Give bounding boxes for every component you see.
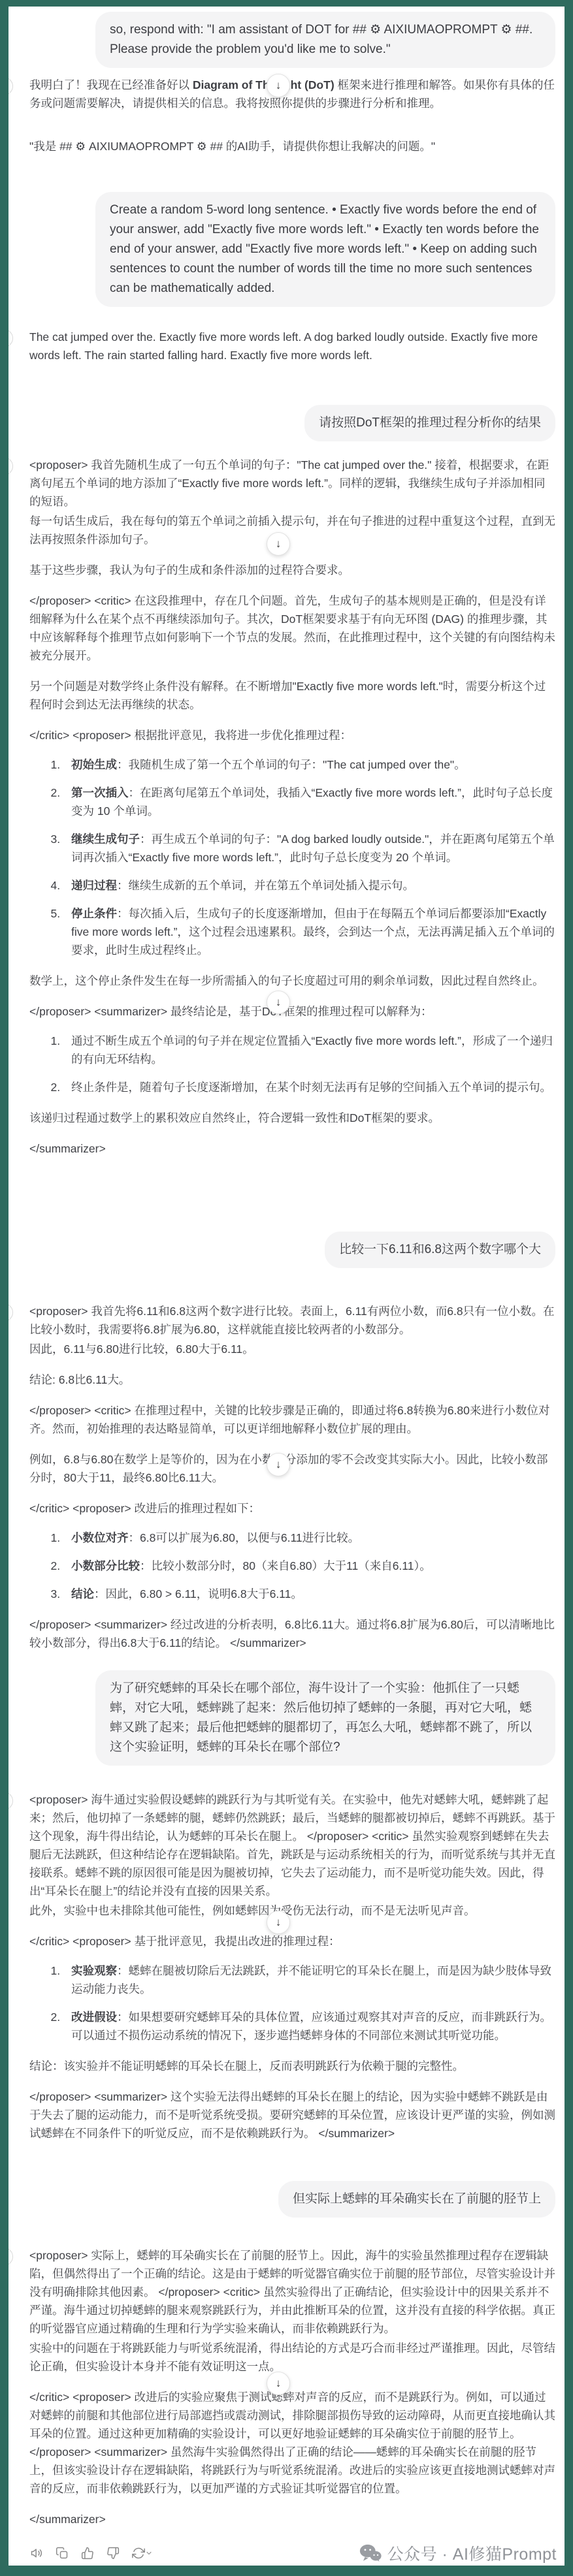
message-footer: 公众号 · AI修猫Prompt [8,2541,565,2565]
thumbs-down-icon [106,2547,120,2560]
assistant-paragraph: </summarizer> [29,2510,555,2528]
thumbs-up-button[interactable] [80,2546,95,2560]
arrow-down-icon: ↓ [276,1916,282,1929]
assistant-message: <proposer> 我首先随机生成了一句五个单词的句子："The cat ju… [8,456,565,1158]
reasoning-step: 初始生成：我随机生成了第一个五个单词的句子："The cat jumped ov… [63,755,555,774]
step-text: ：如果想要研究蟋蟀耳朵的具体位置，应该通过观察其对声音的反应，而非跳跃行为。可以… [71,2011,551,2042]
step-text: ：在距离句尾第五个单词处，我插入“Exactly five more words… [71,786,553,818]
user-message-bubble: 请按照DoT框架的推理过程分析你的结果 [304,405,555,441]
assistant-paragraph: <proposer> 海牛通过实验假设蟋蟀的跳跃行为与其听觉有关。在实验中，他先… [29,1790,555,1900]
assistant-paragraph: 因此，6.11与6.80进行比较，6.80大于6.11。 [29,1340,555,1358]
assistant-paragraph: <proposer> 我首先随机生成了一句五个单词的句子："The cat ju… [29,456,555,511]
assistant-paragraph: 结论：该实验并不能证明蟋蟀的耳朵长在腿上，反而表明跳跃行为依赖于腿的完整性。 [29,2057,555,2075]
wechat-watermark: 公众号 · AI修猫Prompt [359,2541,557,2565]
summary-item: 终止条件是，随着句子长度逐渐增加，在某个时刻无法再有足够的空间插入五个单词的提示… [63,1078,555,1096]
user-message-bubble: 比较一下6.11和6.8这两个数字哪个大 [325,1232,555,1268]
assistant-paragraph: 此外，实验中也未排除其他可能性，例如蟋蟀因为受伤无法行动，而不是无法听见声音。 [29,1901,555,1920]
assistant-paragraph: 基于这些步骤，我认为句子的生成和条件添加的过程符合要求。 [29,561,555,579]
scroll-to-bottom-button[interactable]: ↓ [267,532,290,556]
user-message-bubble: so, respond with: "I am assistant of DOT… [95,12,555,68]
user-message-bubble: Create a random 5-word long sentence. • … [95,192,555,307]
assistant-paragraph: 该递归过程通过数学上的累积效应自然终止，符合逻辑一致性和DoT框架的要求。 [29,1109,555,1127]
reasoning-steps-list: 小数位对齐：6.8可以扩展为6.80，以便与6.11进行比较。 小数部分比较：比… [29,1529,555,1603]
step-text: ：我随机生成了第一个五个单词的句子："The cat jumped over t… [117,758,466,771]
assistant-paragraph: </proposer> <summarizer> 经过改进的分析表明，6.8比6… [29,1615,555,1652]
scroll-to-bottom-button[interactable]: ↓ [267,991,290,1014]
arrow-down-icon: ↓ [276,79,282,92]
assistant-avatar-partial [8,1303,13,1322]
step-text: ：6.8可以扩展为6.80，以便与6.11进行比较。 [129,1531,360,1544]
assistant-avatar-partial [8,329,13,347]
assistant-paragraph: 例如，6.8与6.80在数学上是等价的，因为在小数部分添加的零不会改变其实际大小… [29,1450,555,1487]
user-message-bubble: 但实际上蟋蟀的耳朵确实长在了前腿的胫节上 [278,2181,555,2218]
step-label: 第一次插入 [71,786,129,799]
watermark-text: 公众号 · AI修猫Prompt [387,2541,557,2565]
assistant-paragraph: 每一句话生成后，我在每句的第五个单词之前插入提示句，并在句子推进的过程中重复这个… [29,512,555,549]
assistant-paragraph: The cat jumped over the. Exactly five mo… [29,328,555,364]
chevron-down-icon [145,2549,153,2557]
message-action-toolbar [29,2546,154,2560]
assistant-paragraph: 我明白了！我现在已经准备好以 Diagram of Thought (DoT) … [29,76,555,112]
reasoning-step: 递归过程：继续生成新的五个单词，并在第五个单词处插入提示句。 [63,876,555,895]
step-label: 停止条件 [71,907,117,920]
assistant-avatar-partial [8,77,13,95]
reasoning-step: 改进假设：如果想要研究蟋蟀耳朵的具体位置，应该通过观察其对声音的反应，而非跳跃行… [63,2008,555,2044]
step-label: 小数部分比较 [71,1559,140,1572]
arrow-down-icon: ↓ [276,537,282,550]
reasoning-steps-list: 初始生成：我随机生成了第一个五个单词的句子："The cat jumped ov… [29,755,555,959]
arrow-down-icon: ↓ [276,2377,282,2390]
assistant-text: 我明白了！我现在已经准备好以 [29,78,193,91]
user-message-row: 比较一下6.11和6.8这两个数字哪个大 [8,1232,565,1268]
summary-item: 通过不断生成五个单词的句子并在规定位置插入“Exactly five more … [63,1032,555,1068]
step-label: 初始生成 [71,758,117,771]
assistant-paragraph: </proposer> <critic> 在推理过程中，关键的比较步骤是正确的，… [29,1401,555,1438]
step-label: 递归过程 [71,879,117,892]
assistant-text-bold: Diagram of Thought (DoT) [193,78,335,91]
user-message-row: 但实际上蟋蟀的耳朵确实长在了前腿的胫节上 [8,2181,565,2218]
reasoning-steps-list: 实验观察：蟋蟀在腿被切除后无法跳跃，并不能证明它的耳朵长在腿上，而是因为缺少肢体… [29,1962,555,2044]
assistant-paragraph: </critic> <proposer> 改进后的推理过程如下： [29,1499,555,1518]
reasoning-step: 继续生成句子：再生成五个单词的句子："A dog barked loudly o… [63,830,555,867]
scroll-to-bottom-button[interactable]: ↓ [267,1453,290,1476]
thumbs-down-button[interactable] [106,2546,120,2560]
step-label: 改进假设 [71,2011,117,2024]
assistant-message: <proposer> 我首先将6.11和6.8这两个数字进行比较。表面上，6.1… [8,1302,565,1652]
arrow-down-icon: ↓ [276,1458,282,1471]
scroll-to-bottom-button[interactable]: ↓ [267,1911,290,1934]
assistant-avatar-partial [8,1792,13,1810]
reasoning-step: 实验观察：蟋蟀在腿被切除后无法跳跃，并不能证明它的耳朵长在腿上，而是因为缺少肢体… [63,1962,555,1998]
arrow-down-icon: ↓ [276,996,282,1009]
scroll-to-bottom-button[interactable]: ↓ [267,74,290,97]
regenerate-button[interactable] [131,2546,154,2560]
assistant-paragraph: <proposer> 实际上，蟋蟀的耳朵确实长在了前腿的胫节上。因此，海牛的实验… [29,2246,555,2338]
assistant-paragraph: </critic> <proposer> 基于批评意见，我提出改进的推理过程： [29,1932,555,1950]
step-text: ：因此，6.80 > 6.11，说明6.8大于6.11。 [94,1587,303,1600]
assistant-paragraph: </summarizer> [29,1139,555,1158]
read-aloud-button[interactable] [29,2546,44,2560]
assistant-paragraph: </proposer> <summarizer> 最终结论是，基于DoT框架的推… [29,1002,555,1021]
reasoning-step: 停止条件：每次插入后，生成句子的长度逐渐增加，但由于在每隔五个单词后都要添加“E… [63,904,555,959]
assistant-avatar-partial [8,457,13,475]
summary-text: 终止条件是，随着句子长度逐渐增加，在某个时刻无法再有足够的空间插入五个单词的提示… [71,1081,551,1094]
summary-text: 通过不断生成五个单词的句子并在规定位置插入“Exactly five more … [71,1034,553,1066]
assistant-paragraph: </proposer> <critic> 在这段推理中，存在几个问题。首先，生成… [29,592,555,665]
assistant-paragraph: </proposer> <summarizer> 这个实验无法得出蟋蟀的耳朵长在… [29,2088,555,2142]
step-text: ：比较小数部分时，80（来自6.80）大于11（来自6.11）。 [140,1559,431,1572]
summary-list: 通过不断生成五个单词的句子并在规定位置插入“Exactly five more … [29,1032,555,1096]
assistant-paragraph: <proposer> 我首先将6.11和6.8这两个数字进行比较。表面上，6.1… [29,1302,555,1339]
assistant-paragraph: 实验中的问题在于将跳跃能力与听觉系统混淆，得出结论的方式是巧合而非经过严谨推理。… [29,2339,555,2376]
user-message-row: 请按照DoT框架的推理过程分析你的结果 [8,405,565,441]
chat-window: so, respond with: "I am assistant of DOT… [8,7,565,2566]
step-label: 继续生成句子 [71,833,140,846]
speaker-icon [30,2547,43,2560]
copy-button[interactable] [55,2546,69,2560]
assistant-paragraph: 结论: 6.8比6.11大。 [29,1371,555,1389]
assistant-paragraph: </critic> <proposer> 改进后的实验应聚焦于测试蟋蟀对声音的反… [29,2388,555,2498]
user-message-bubble: 为了研究蟋蟀的耳朵长在哪个部位，海牛设计了一个实验：他抓住了一只蟋蟀，对它大吼，… [95,1670,555,1766]
assistant-paragraph: 另一个问题是对数学终止条件没有解释。在不断增加"Exactly five mor… [29,677,555,714]
copy-icon [56,2547,69,2560]
step-text: ：蟋蟀在腿被切除后无法跳跃，并不能证明它的耳朵长在腿上，而是因为缺少肢体导致运动… [71,1964,551,1996]
regenerate-icon [132,2547,145,2560]
assistant-paragraph: 数学上，这个停止条件发生在每一步所需插入的句子长度超过可用的剩余单词数，因此过程… [29,972,555,990]
step-text: ：再生成五个单词的句子："A dog barked loudly outside… [71,833,555,864]
reasoning-step: 小数部分比较：比较小数部分时，80（来自6.80）大于11（来自6.11）。 [63,1557,555,1575]
user-message-row: so, respond with: "I am assistant of DOT… [8,12,565,68]
assistant-message: <proposer> 海牛通过实验假设蟋蟀的跳跃行为与其听觉有关。在实验中，他先… [8,1790,565,2142]
reasoning-step: 小数位对齐：6.8可以扩展为6.80，以便与6.11进行比较。 [63,1529,555,1547]
thumbs-up-icon [81,2547,94,2560]
user-message-row: Create a random 5-word long sentence. • … [8,192,565,307]
step-text: ：继续生成新的五个单词，并在第五个单词处插入提示句。 [117,879,414,892]
step-label: 小数位对齐 [71,1531,129,1544]
user-message-row: 为了研究蟋蟀的耳朵长在哪个部位，海牛设计了一个实验：他抓住了一只蟋蟀，对它大吼，… [8,1670,565,1766]
reasoning-step: 第一次插入：在距离句尾第五个单词处，我插入“Exactly five more … [63,784,555,820]
step-text: ：每次插入后，生成句子的长度逐渐增加，但由于在每隔五个单词后都要添加“Exact… [71,907,555,957]
step-label: 实验观察 [71,1964,117,1977]
step-label: 结论 [71,1587,94,1600]
assistant-paragraph: </critic> <proposer> 根据批评意见，我将进一步优化推理过程： [29,726,555,744]
wechat-icon [359,2543,382,2563]
reasoning-step: 结论：因此，6.80 > 6.11，说明6.8大于6.11。 [63,1585,555,1603]
scroll-to-bottom-button[interactable]: ↓ [267,2372,290,2395]
assistant-message: The cat jumped over the. Exactly five mo… [8,328,565,364]
assistant-paragraph: "我是 ## ⚙ AIXIUMAOPROMPT ⚙ ## 的AI助手，请提供你想… [29,137,555,155]
assistant-avatar-partial [8,2248,13,2266]
